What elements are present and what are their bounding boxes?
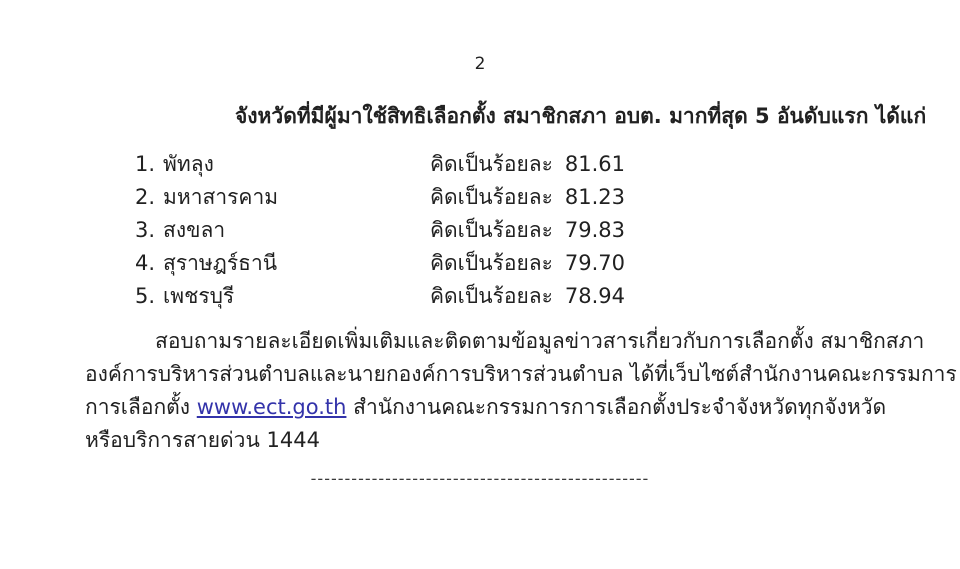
percent-value: 81.23 — [565, 181, 625, 214]
percent-label: คิดเป็นร้อยละ — [430, 247, 553, 280]
percent-value: 78.94 — [565, 280, 625, 313]
section-heading: จังหวัดที่มีผู้มาใช้สิทธิเลือกตั้ง สมาชิ… — [235, 100, 940, 132]
end-of-document-divider: ----------------------------------------… — [0, 469, 960, 489]
ranking-row: 2. มหาสารคาม คิดเป็นร้อยละ 81.23 — [135, 181, 960, 214]
percent-label: คิดเป็นร้อยละ — [430, 181, 553, 214]
rank-number: 5. — [135, 280, 155, 313]
ranking-row: 5. เพชรบุรี คิดเป็นร้อยละ 78.94 — [135, 280, 960, 313]
rank-number: 4. — [135, 247, 155, 280]
percent-value: 79.70 — [565, 247, 625, 280]
rank-number: 3. — [135, 214, 155, 247]
province-name: สงขลา — [163, 214, 225, 247]
percent-label: คิดเป็นร้อยละ — [430, 214, 553, 247]
rank-number: 1. — [135, 148, 155, 181]
document-page: 2 จังหวัดที่มีผู้มาใช้สิทธิเลือกตั้ง สมา… — [0, 0, 960, 569]
paragraph-line-2: องค์การบริหารส่วนตำบลและนายกองค์การบริหา… — [85, 358, 875, 391]
paragraph-line-3: การเลือกตั้ง www.ect.go.th สำนักงานคณะกร… — [85, 391, 875, 424]
province-name: สุราษฎร์ธานี — [163, 247, 277, 280]
percent-label: คิดเป็นร้อยละ — [430, 148, 553, 181]
ranking-row: 4. สุราษฎร์ธานี คิดเป็นร้อยละ 79.70 — [135, 247, 960, 280]
contact-paragraph: สอบถามรายละเอียดเพิ่มเติมและติดตามข้อมูล… — [85, 325, 875, 457]
percent-value: 81.61 — [565, 148, 625, 181]
rank-number: 2. — [135, 181, 155, 214]
province-name: มหาสารคาม — [163, 181, 278, 214]
page-number: 2 — [0, 0, 960, 76]
ranking-row: 1. พัทลุง คิดเป็นร้อยละ 81.61 — [135, 148, 960, 181]
province-name: เพชรบุรี — [163, 280, 234, 313]
ect-website-link[interactable]: www.ect.go.th — [197, 395, 347, 419]
paragraph-line-1: สอบถามรายละเอียดเพิ่มเติมและติดตามข้อมูล… — [85, 325, 875, 358]
paragraph-text-before-link: การเลือกตั้ง — [85, 395, 190, 419]
paragraph-text-after-link: สำนักงานคณะกรรมการการเลือกตั้งประจำจังหว… — [353, 395, 886, 419]
percent-label: คิดเป็นร้อยละ — [430, 280, 553, 313]
percent-value: 79.83 — [565, 214, 625, 247]
ranking-list: 1. พัทลุง คิดเป็นร้อยละ 81.61 2. มหาสารค… — [0, 148, 960, 313]
province-name: พัทลุง — [163, 148, 214, 181]
ranking-row: 3. สงขลา คิดเป็นร้อยละ 79.83 — [135, 214, 960, 247]
paragraph-line-4: หรือบริการสายด่วน 1444 — [85, 424, 875, 457]
